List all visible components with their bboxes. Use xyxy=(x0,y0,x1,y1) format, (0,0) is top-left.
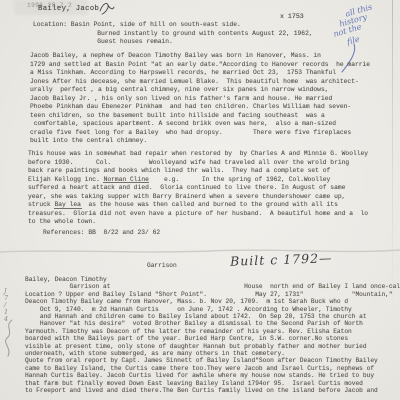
document-page: 1996.28.7.2 Bailey, Jacob x 1753 all thi… xyxy=(0,0,400,400)
built-date-note: Built c 1792— xyxy=(230,250,333,269)
underline-bay-lea xyxy=(54,208,82,209)
underline-norman-cline xyxy=(103,182,149,183)
jacob-paragraph-1: Jacob Bailey, a nephew of Deacon Timothy… xyxy=(30,52,370,146)
margin-pencil-swirl xyxy=(2,318,16,358)
references-line: References: BB 8/22 and 23/ 62 xyxy=(43,229,160,238)
page-title: Bailey, Jacob xyxy=(38,5,99,13)
fold-crease xyxy=(0,246,400,258)
date-note: x 1753 xyxy=(280,13,304,20)
jacob-paragraph-2: This house was in somewhat bad repair wh… xyxy=(28,150,368,227)
handwritten-flourish xyxy=(97,1,115,15)
page-edge-line xyxy=(392,0,393,400)
deacon-timothy-block: Bailey, Deacon Timothy Garrison at House… xyxy=(25,276,400,395)
garrison-heading: Garrison xyxy=(147,262,177,269)
location-block: Location: Basin Point, side of hill on s… xyxy=(33,21,313,47)
